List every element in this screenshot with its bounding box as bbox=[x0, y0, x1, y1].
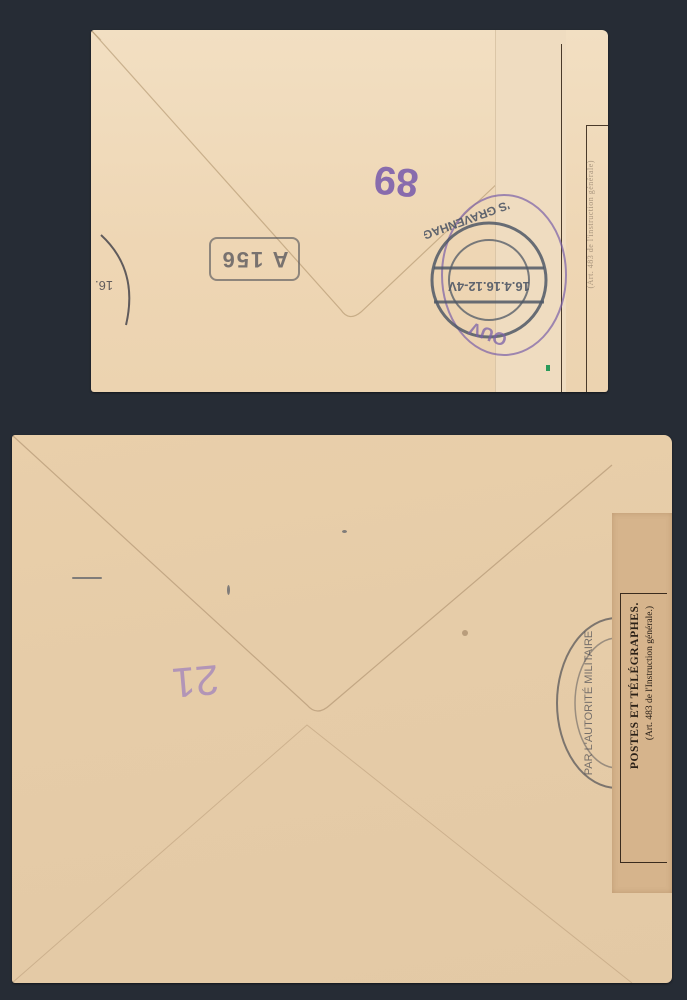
postmark-place: 'S GRAVENHAGE bbox=[424, 198, 511, 245]
green-mark bbox=[546, 365, 550, 371]
bottom-envelope: PAR L'AUTORITÉ MILITAIRE 21 POSTES ET TÉ… bbox=[12, 435, 672, 983]
postmark-date: 16.4.16.12-4V bbox=[448, 279, 530, 294]
manuscript-number: 21 bbox=[170, 655, 221, 707]
ink-speck bbox=[227, 585, 230, 595]
censor-oval-text: OUV bbox=[466, 318, 510, 350]
top-envelope: (Art. 483 de l'instruction générale) 16.… bbox=[91, 30, 608, 392]
handstamp-outer-text: PAR L'AUTORITÉ MILITAIRE bbox=[582, 631, 595, 776]
censor-strip-text: (Art. 483 de l'instruction générale) bbox=[586, 160, 595, 289]
censor-label-frame: POSTES ET TÉLÉGRAPHES. (Art. 483 de l'In… bbox=[620, 593, 667, 863]
partial-postmark-date: 16. bbox=[95, 278, 113, 293]
censor-label-title: POSTES ET TÉLÉGRAPHES. bbox=[629, 602, 641, 769]
gravenhage-postmark: 16.4.16.12-4V 'S GRAVENHAGE OUV bbox=[424, 190, 574, 360]
censor-label-subtitle: (Art. 483 de l'Instruction générale.) bbox=[645, 606, 655, 740]
boxed-handstamp: A 156 bbox=[209, 237, 300, 281]
ink-speck bbox=[342, 530, 347, 533]
manuscript-number: 89 bbox=[372, 156, 420, 205]
ink-speck bbox=[72, 577, 102, 579]
stain-spot bbox=[462, 630, 468, 636]
censor-label-strip: POSTES ET TÉLÉGRAPHES. (Art. 483 de l'In… bbox=[612, 513, 672, 893]
censor-frame-top bbox=[586, 125, 608, 126]
